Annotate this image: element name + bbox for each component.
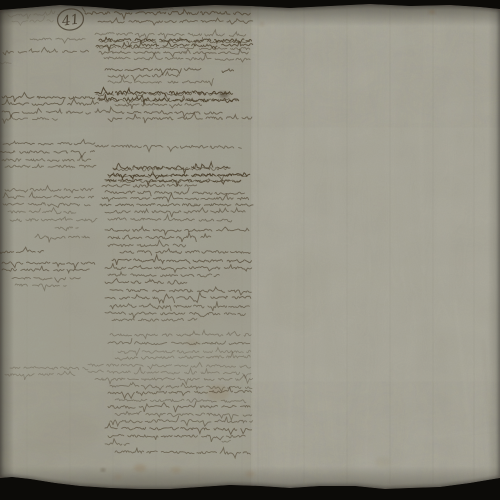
manuscript-page: 41 — [0, 0, 500, 500]
manuscript-photo: 41 — [0, 0, 500, 500]
paper-sheet: 41 — [0, 0, 500, 500]
paper-grain — [0, 0, 500, 500]
